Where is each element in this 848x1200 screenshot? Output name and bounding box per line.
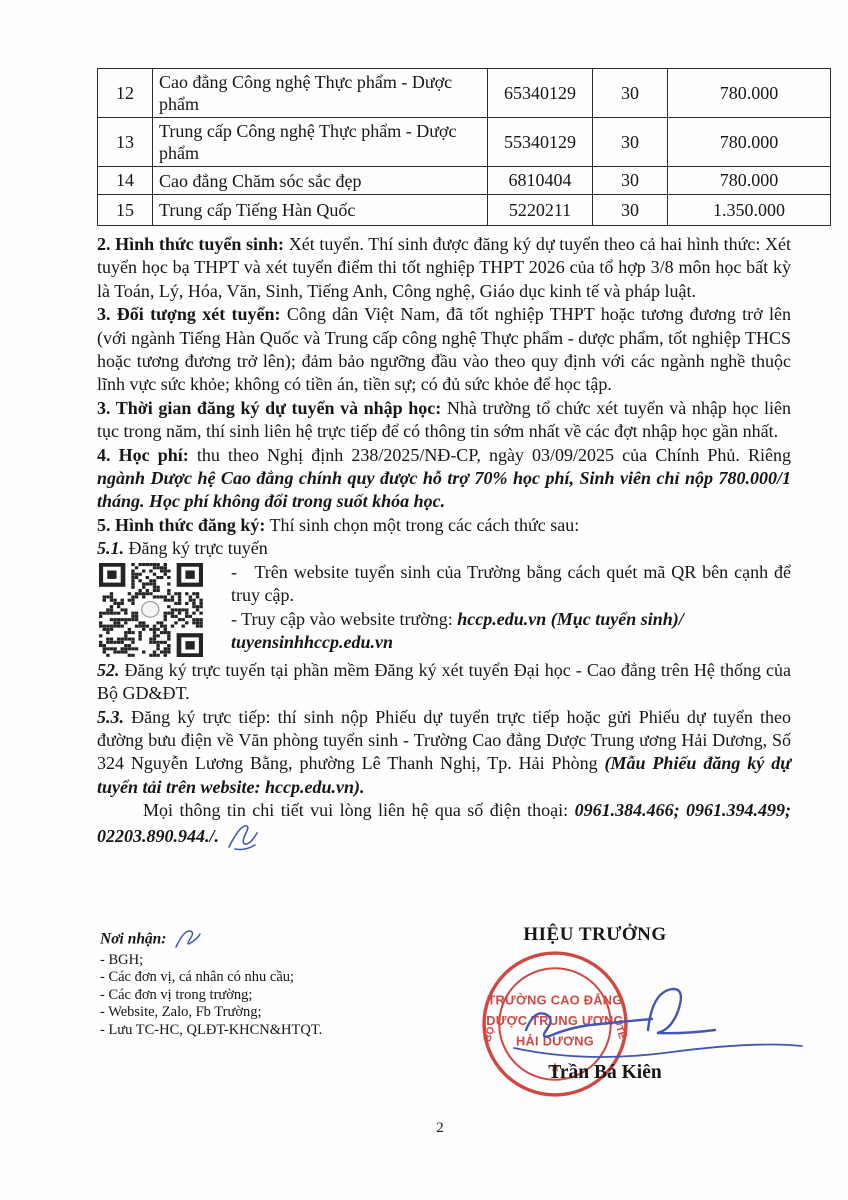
cell-program-name: Cao đẳng Chăm sóc sắc đẹp xyxy=(153,167,488,195)
section-label: 3. Đối tượng xét tuyển: xyxy=(97,304,281,324)
cell-stt: 12 xyxy=(98,69,153,118)
cell-code: 6810404 xyxy=(488,167,593,195)
section-label: 5.1. xyxy=(97,538,124,558)
contact-text: Mọi thông tin chi tiết vui lòng liên hệ … xyxy=(143,800,575,820)
cell-quota: 30 xyxy=(593,167,668,195)
pen-mark-icon xyxy=(170,928,204,952)
cell-fee: 780.000 xyxy=(668,69,831,118)
cell-quota: 30 xyxy=(593,195,668,226)
cell-program-name: Trung cấp Công nghệ Thực phẩm - Dược phẩ… xyxy=(153,118,488,167)
cell-code: 65340129 xyxy=(488,69,593,118)
tuition-support-note: ngành Dược hệ Cao đẳng chính quy được hỗ… xyxy=(97,468,791,511)
signer-name: Trần Bá Kiên xyxy=(505,1062,705,1084)
section-label: 3. Thời gian đăng ký dự tuyển và nhập họ… xyxy=(97,398,441,418)
section-5-1-online: 5.1. Đăng ký trực tuyến xyxy=(97,537,791,560)
table-row: 13 Trung cấp Công nghệ Thực phẩm - Dược … xyxy=(98,118,831,167)
section-5-registration: 5. Hình thức đăng ký: Thí sinh chọn một … xyxy=(97,514,791,537)
cell-fee: 1.350.000 xyxy=(668,195,831,226)
document-page: 12 Cao đẳng Công nghệ Thực phẩm - Dược p… xyxy=(0,0,848,1200)
section-text: Đăng ký trực tuyến xyxy=(124,538,268,558)
section-label: 5.3. xyxy=(97,707,124,727)
recipient-item: - Website, Zalo, Fb Trường; xyxy=(100,1004,322,1021)
cell-fee: 780.000 xyxy=(668,118,831,167)
section-label: 4. Học phí: xyxy=(97,445,189,465)
section-5-2-portal: 52. Đăng ký trực tuyến tại phần mềm Đăng… xyxy=(97,659,791,706)
section-4-tuition: 4. Học phí: thu theo Nghị định 238/2025/… xyxy=(97,444,791,514)
section-3-schedule: 3. Thời gian đăng ký dự tuyển và nhập họ… xyxy=(97,397,791,444)
qr-code xyxy=(99,563,203,657)
cell-code: 5220211 xyxy=(488,195,593,226)
document-content: 12 Cao đẳng Công nghệ Thực phẩm - Dược p… xyxy=(97,68,791,853)
cell-fee: 780.000 xyxy=(668,167,831,195)
bullet-text: - Truy cập vào website trường: xyxy=(231,609,457,629)
page-number: 2 xyxy=(0,1120,848,1137)
online-registration-block: - Trên website tuyển sinh của Trường bằn… xyxy=(97,561,791,655)
section-5-3-direct: 5.3. Đăng ký trực tiếp: thí sinh nộp Phi… xyxy=(97,706,791,800)
table-row: 12 Cao đẳng Công nghệ Thực phẩm - Dược p… xyxy=(98,69,831,118)
section-text: thu theo Nghị định 238/2025/NĐ-CP, ngày … xyxy=(189,445,791,465)
section-label: 52. xyxy=(97,660,120,680)
recipients-label: Nơi nhận: xyxy=(100,930,166,947)
website-link-text: hccp.edu.vn (Mục tuyển sinh)/ xyxy=(457,609,684,629)
cell-stt: 15 xyxy=(98,195,153,226)
recipient-item: - BGH; xyxy=(100,952,322,969)
section-label: 5. Hình thức đăng ký: xyxy=(97,515,265,535)
section-3-eligibility: 3. Đối tượng xét tuyển: Công dân Việt Na… xyxy=(97,303,791,397)
signature-scribble-icon xyxy=(498,978,810,1070)
recipient-item: - Các đơn vị trong trường; xyxy=(100,987,322,1004)
website-link-text: tuyensinhhccp.edu.vn xyxy=(231,632,393,652)
recipients-block: Nơi nhận: - BGH; - Các đơn vị, cá nhân c… xyxy=(100,928,322,1039)
contact-info: Mọi thông tin chi tiết vui lòng liên hệ … xyxy=(97,799,791,852)
section-text: Đăng ký trực tuyến tại phần mềm Đăng ký … xyxy=(97,660,791,703)
admission-quota-table: 12 Cao đẳng Công nghệ Thực phẩm - Dược p… xyxy=(97,68,831,226)
cell-program-name: Cao đẳng Công nghệ Thực phẩm - Dược phẩm xyxy=(153,69,488,118)
cell-stt: 13 xyxy=(98,118,153,167)
cell-program-name: Trung cấp Tiếng Hàn Quốc xyxy=(153,195,488,226)
section-text: Thí sinh chọn một trong các cách thức sa… xyxy=(265,515,579,535)
recipient-item: - Các đơn vị, cá nhân có nhu cầu; xyxy=(100,969,322,986)
pen-flourish-icon xyxy=(219,823,271,853)
signer-title: HIỆU TRƯỞNG xyxy=(495,924,695,946)
table-row: 14 Cao đẳng Chăm sóc sắc đẹp 6810404 30 … xyxy=(98,167,831,195)
recipients-header: Nơi nhận: xyxy=(100,928,322,952)
section-label: 2. Hình thức tuyển sinh: xyxy=(97,234,284,254)
cell-stt: 14 xyxy=(98,167,153,195)
cell-code: 55340129 xyxy=(488,118,593,167)
section-2-admission-method: 2. Hình thức tuyển sinh: Xét tuyển. Thí … xyxy=(97,233,791,303)
recipient-item: - Lưu TC-HC, QLĐT-KHCN&HTQT. xyxy=(100,1022,322,1039)
cell-quota: 30 xyxy=(593,118,668,167)
cell-quota: 30 xyxy=(593,69,668,118)
table-row: 15 Trung cấp Tiếng Hàn Quốc 5220211 30 1… xyxy=(98,195,831,226)
